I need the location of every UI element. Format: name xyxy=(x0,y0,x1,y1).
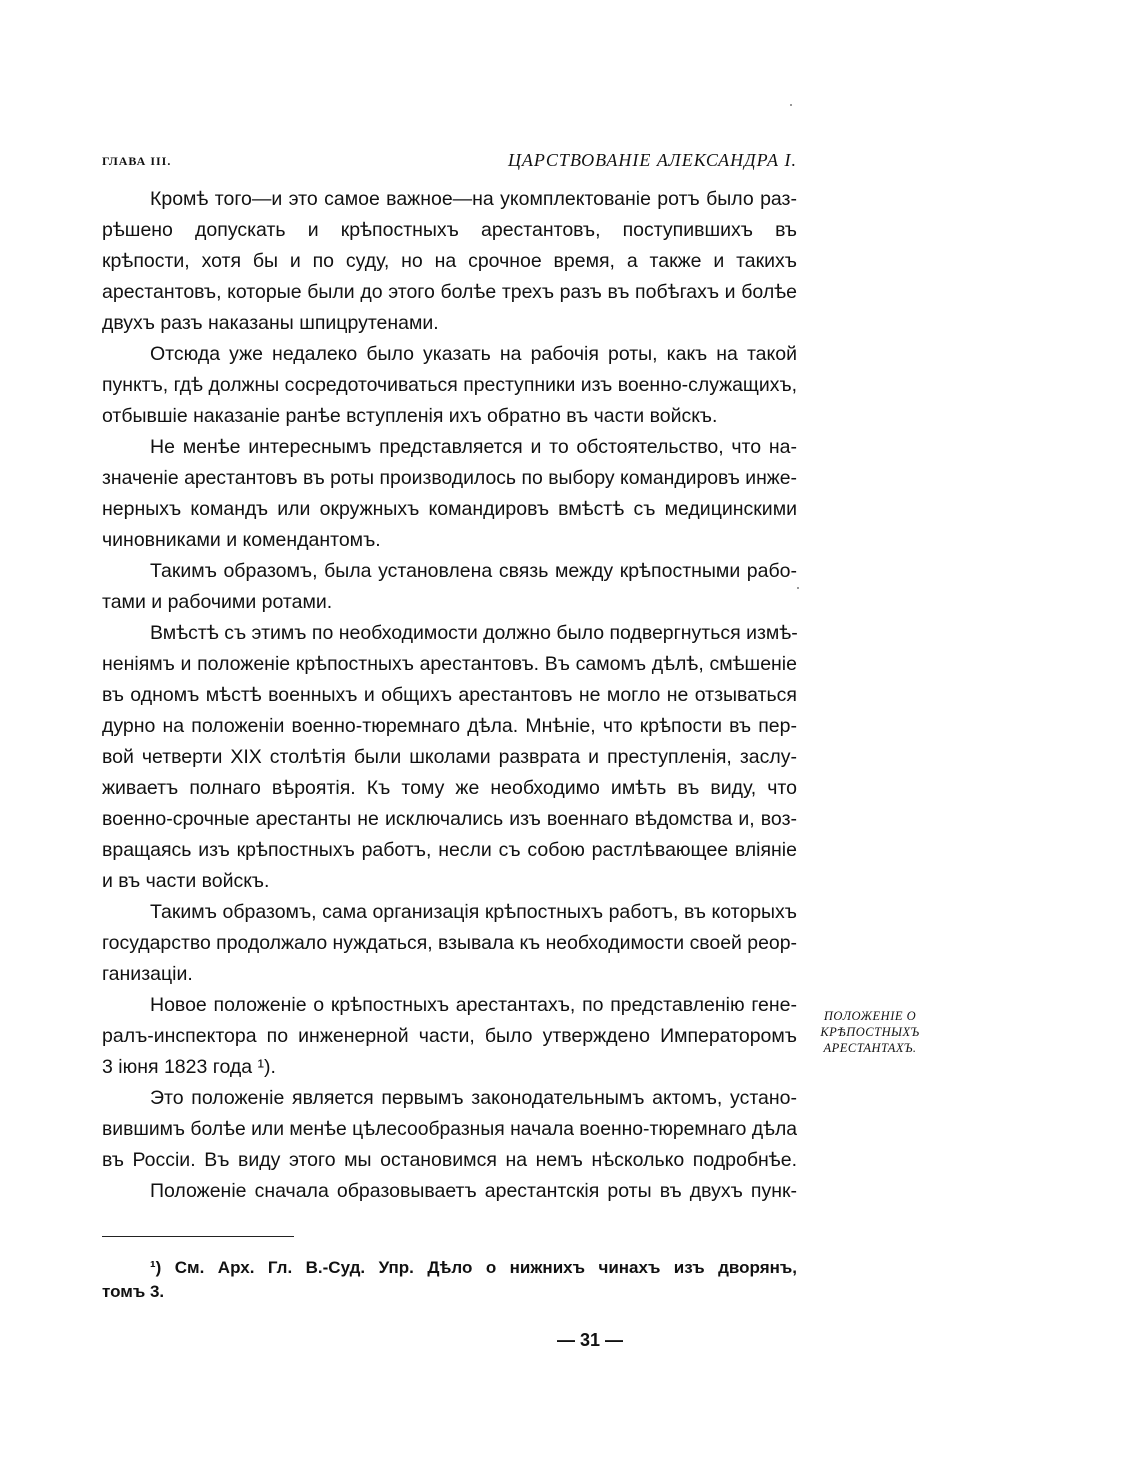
text-line: ганизаціи. xyxy=(102,959,797,990)
text-line: Отсюда уже недалеко было указать на рабо… xyxy=(102,339,797,370)
text-line: и въ части войскъ. xyxy=(102,866,797,897)
footnote-line: томъ 3. xyxy=(102,1280,797,1304)
text-line: вращаясь изъ крѣпостныхъ работъ, несли с… xyxy=(102,835,797,866)
text-line: крѣпости, хотя бы и по суду, но на срочн… xyxy=(102,246,797,277)
text-line: вой четверти XIX столѣтія были школами р… xyxy=(102,742,797,773)
text-line: въ Россіи. Въ виду этого мы остановимся … xyxy=(102,1145,797,1176)
footnote-rule xyxy=(102,1236,294,1237)
scan-speck xyxy=(790,104,792,106)
text-line: Кромѣ того—и это самое важное—на укомпле… xyxy=(102,184,797,215)
text-line: Такимъ образомъ, была установлена связь … xyxy=(102,556,797,587)
text-line: отбывшіе наказаніе ранѣе вступленія ихъ … xyxy=(102,401,797,432)
text-line: государство продолжало нуждаться, взывал… xyxy=(102,928,797,959)
text-line: Такимъ образомъ, сама организація крѣпос… xyxy=(102,897,797,928)
margin-note-line: КРѢПОСТНЫХЪ xyxy=(805,1024,935,1040)
page-number: — 31 — xyxy=(0,1330,1140,1351)
margin-note-line: ПОЛОЖЕНІЕ О xyxy=(805,1008,935,1024)
footnote-line: ¹) См. Арх. Гл. В.-Суд. Упр. Дѣло о нижн… xyxy=(102,1256,797,1280)
text-line: пунктъ, гдѣ должны сосредоточиваться пре… xyxy=(102,370,797,401)
text-line: рѣшено допускать и крѣпостныхъ арестанто… xyxy=(102,215,797,246)
section-title: ЦАРСТВОВАНІЕ АЛЕКСАНДРА I. xyxy=(508,150,797,171)
text-line: живаетъ полнаго вѣроятія. Къ тому же нео… xyxy=(102,773,797,804)
running-head: ГЛАВА III. ЦАРСТВОВАНІЕ АЛЕКСАНДРА I. xyxy=(102,150,797,174)
text-line: чиновниками и комендантомъ. xyxy=(102,525,797,556)
scan-speck xyxy=(797,587,799,589)
text-line: военно-срочные арестанты не исключались … xyxy=(102,804,797,835)
text-line: Это положеніе является первымъ законодат… xyxy=(102,1083,797,1114)
book-page: ГЛАВА III. ЦАРСТВОВАНІЕ АЛЕКСАНДРА I. Кр… xyxy=(0,0,1140,1463)
text-line: въ одномъ мѣстѣ военныхъ и общихъ ареста… xyxy=(102,680,797,711)
body-text: Кромѣ того—и это самое важное—на укомпле… xyxy=(102,184,797,1207)
text-line: Новое положеніе о крѣпостныхъ арестантах… xyxy=(102,990,797,1021)
margin-note-line: АРЕСТАНТАХЪ. xyxy=(805,1040,935,1056)
text-line: значеніе арестантовъ въ роты производило… xyxy=(102,463,797,494)
text-line: тами и рабочими ротами. xyxy=(102,587,797,618)
margin-note: ПОЛОЖЕНІЕ О КРѢПОСТНЫХЪ АРЕСТАНТАХЪ. xyxy=(805,1008,935,1056)
text-line: Вмѣстѣ съ этимъ по необходимости должно … xyxy=(102,618,797,649)
text-line: вившимъ болѣе или менѣе цѣлесообразныя н… xyxy=(102,1114,797,1145)
text-line: 3 іюня 1823 года ¹). xyxy=(102,1052,797,1083)
text-line: арестантовъ, которые были до этого болѣе… xyxy=(102,277,797,308)
text-line: нерныхъ командъ или окружныхъ командиров… xyxy=(102,494,797,525)
text-line: неніямъ и положеніе крѣпостныхъ арестант… xyxy=(102,649,797,680)
text-line: ралъ-инспектора по инженерной части, был… xyxy=(102,1021,797,1052)
text-line: Не менѣе интереснымъ представляется и то… xyxy=(102,432,797,463)
chapter-label: ГЛАВА III. xyxy=(102,154,171,169)
text-line: двухъ разъ наказаны шпицрутенами. xyxy=(102,308,797,339)
text-line: дурно на положеніи военно-тюремнаго дѣла… xyxy=(102,711,797,742)
footnote: ¹) См. Арх. Гл. В.-Суд. Упр. Дѣло о нижн… xyxy=(102,1256,797,1304)
text-line: Положеніе сначала образовываетъ арестант… xyxy=(102,1176,797,1207)
